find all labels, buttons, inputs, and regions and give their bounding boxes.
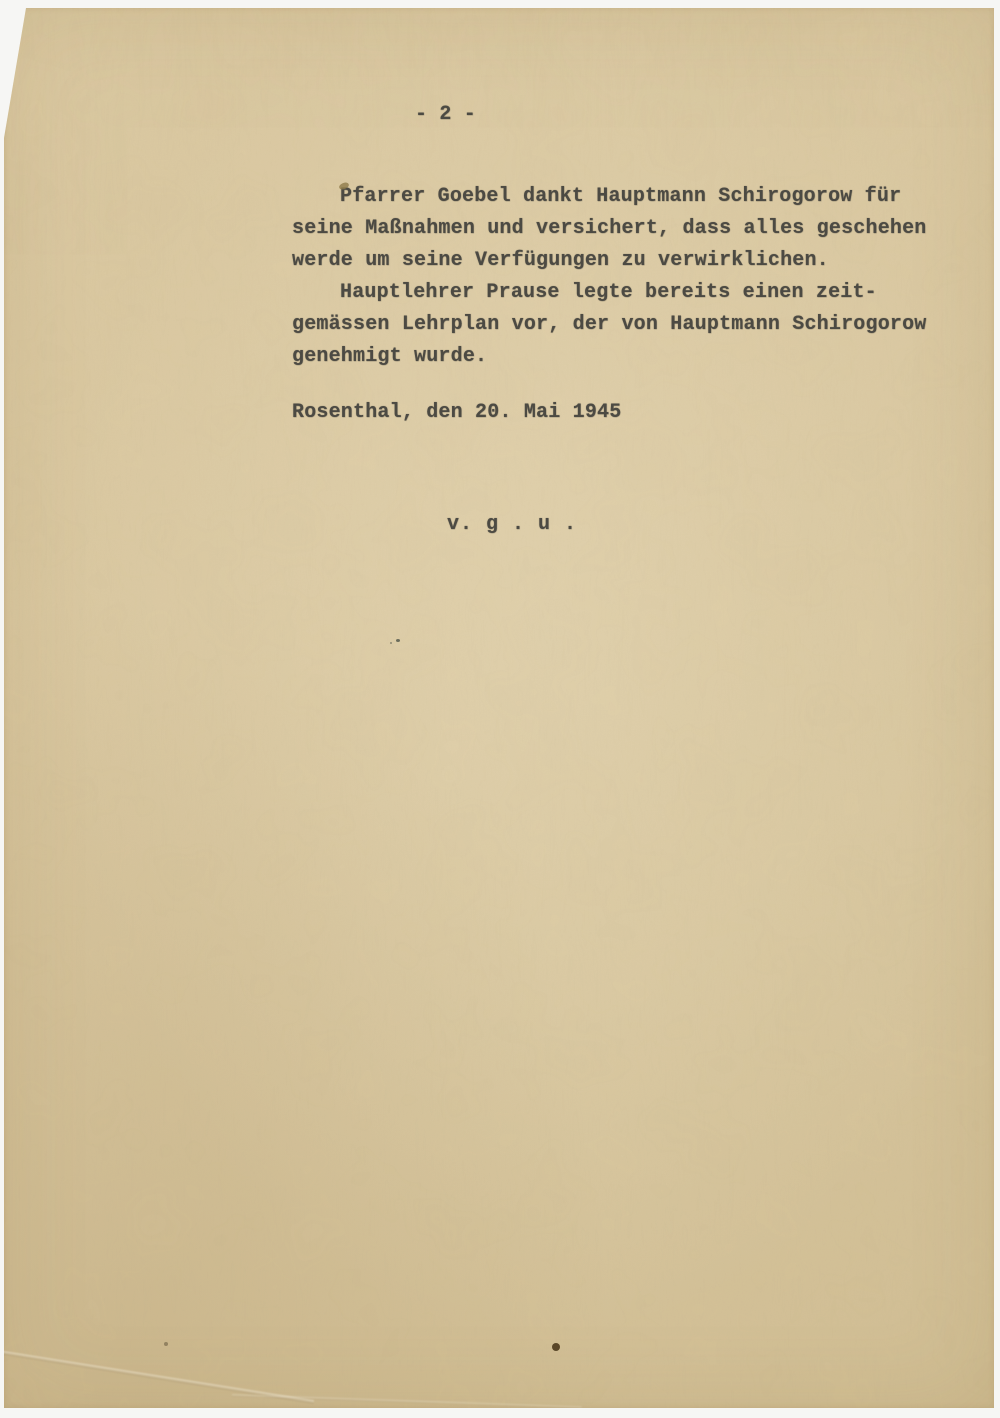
signoff-vgu: v. g . u . [447,509,577,541]
paper-crease-faint [232,1394,582,1409]
paper-speck [164,1342,168,1346]
page-number: - 2 - [415,99,476,131]
dateline: Rosenthal, den 20. Mai 1945 [292,397,621,429]
paper-sheet: - 2 - Pfarrer Goebel dankt Hauptmann Sch… [4,8,994,1408]
scanned-document: - 2 - Pfarrer Goebel dankt Hauptmann Sch… [0,0,1000,1418]
paragraph2-line3: genehmigt wurde. [292,341,487,373]
paragraph2-line2: gemässen Lehrplan vor, der von Hauptmann… [292,309,927,341]
paragraph1-line1: Pfarrer Goebel dankt Hauptmann Schirogor… [292,181,901,213]
paper-crease-main [0,1350,314,1404]
paragraph2-line1: Hauptlehrer Prause legte bereits einen z… [292,277,877,309]
paragraph1-line2: seine Maßnahmen und versichert, dass all… [292,213,927,245]
paragraph1-line3: werde um seine Verfügungen zu verwirklic… [292,245,829,277]
paper-speck [396,639,400,642]
paper-speck-dark [552,1343,560,1351]
paper-speck [390,642,392,644]
